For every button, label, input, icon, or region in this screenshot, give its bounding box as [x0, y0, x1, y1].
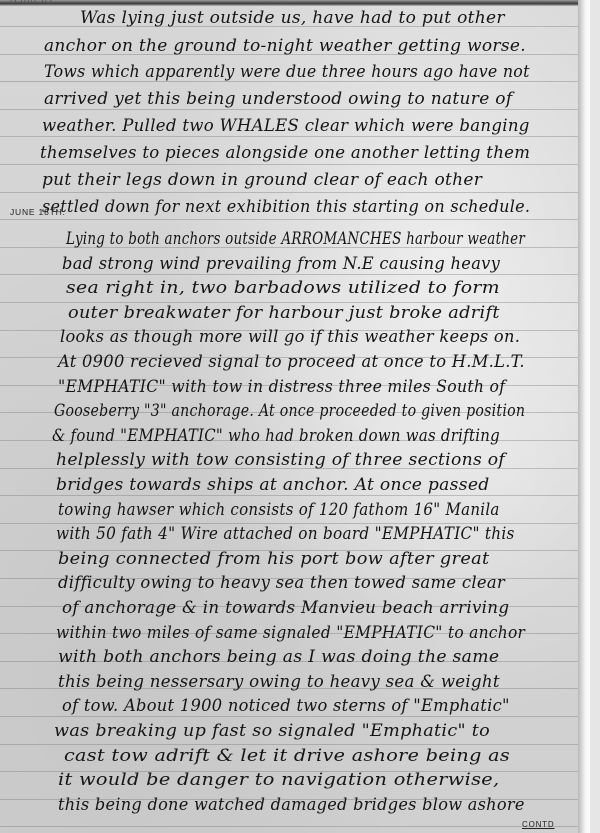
text-line: bridges towards ships at anchor. At once… — [56, 475, 490, 495]
text-line: Lying to both anchors outside ARROMANCHE… — [66, 229, 525, 249]
text-line: this being done watched damaged bridges … — [58, 795, 525, 815]
text-line: At 0900 recieved signal to proceed at on… — [58, 352, 525, 372]
text-line: being connected from his port bow after … — [58, 549, 489, 569]
text-line: helplessly with tow consisting of three … — [56, 450, 505, 470]
ruled-line — [0, 495, 585, 496]
text-line: put their legs down in ground clear of e… — [42, 170, 482, 190]
text-line: themselves to pieces alongside one anoth… — [40, 143, 530, 163]
text-line: with 50 fath 4" Wire attached on board "… — [56, 524, 515, 544]
text-line: "EMPHATIC" with tow in distress three mi… — [58, 377, 505, 397]
diary-page: (cont'd) Was lying just outside us, have… — [0, 0, 590, 833]
ruled-line — [0, 164, 585, 165]
ruled-line — [0, 136, 585, 137]
text-line: weather. Pulled two WHALES clear which w… — [42, 116, 530, 136]
ruled-line — [0, 219, 585, 220]
text-line: bad strong wind prevailing from N.E caus… — [62, 254, 500, 274]
text-line: it would be danger to navigation otherwi… — [58, 770, 499, 790]
page-edge — [578, 0, 590, 833]
text-line: this being nessersary owing to heavy sea… — [58, 672, 500, 692]
text-line: & found "EMPHATIC" who had broken down w… — [52, 426, 500, 446]
text-line: towing hawser which consists of 120 fath… — [58, 500, 500, 520]
text-line: looks as though more will go if this wea… — [60, 327, 520, 347]
text-line: of tow. About 1900 noticed two sterns of… — [62, 696, 510, 716]
header-fragment: (cont'd) — [10, 0, 53, 6]
ruled-line — [0, 192, 585, 193]
text-line: Tows which apparently were due three hou… — [44, 62, 530, 82]
text-line: settled down for next exhibition this st… — [42, 197, 530, 217]
text-line: sea right in, two barbadows utilized to … — [66, 278, 500, 298]
date-heading: JUNE 18TH. — [10, 207, 66, 217]
text-line: was breaking up fast so signaled "Emphat… — [54, 721, 490, 741]
continued-marker: CONTD — [522, 820, 554, 829]
ruled-line — [0, 716, 585, 717]
text-line: Gooseberry "3" anchorage. At once procee… — [54, 401, 525, 421]
ruled-line — [0, 274, 585, 275]
text-line: Was lying just outside us, have had to p… — [80, 8, 505, 28]
text-line: cast tow adrift & let it drive ashore be… — [64, 746, 510, 766]
ruled-line — [0, 109, 585, 110]
text-line: anchor on the ground to-night weather ge… — [44, 36, 526, 56]
top-edge-shadow — [0, 0, 590, 6]
text-line: of anchorage & in towards Manvieu beach … — [62, 598, 509, 618]
text-line: arrived yet this being understood owing … — [44, 89, 512, 109]
text-line: with both anchors being as I was doing t… — [58, 647, 499, 667]
ruled-line — [0, 826, 585, 827]
text-line: difficulty owing to heavy sea then towed… — [58, 573, 505, 593]
text-line: outer breakwater for harbour just broke … — [68, 303, 500, 323]
ruled-line — [0, 744, 585, 745]
text-line: within two miles of same signaled "EMPHA… — [56, 623, 525, 643]
